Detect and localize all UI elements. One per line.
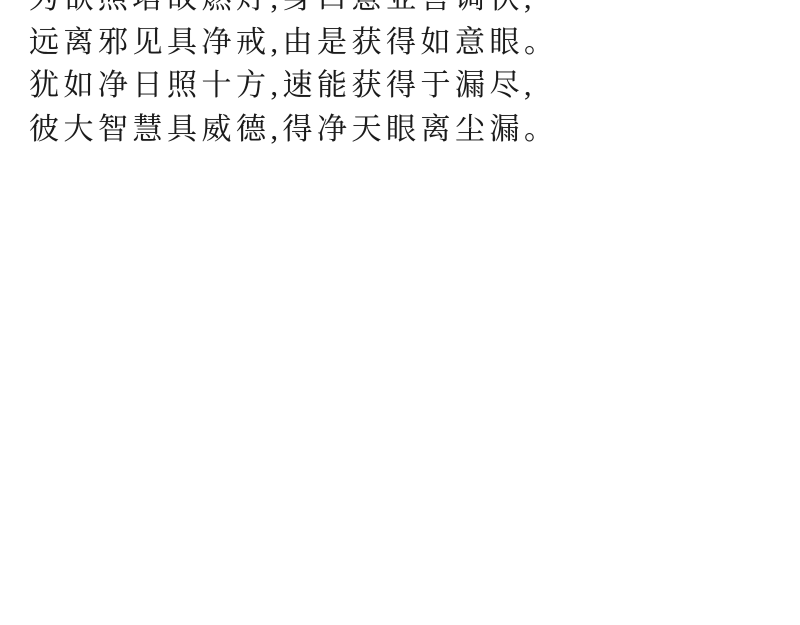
verse-text-block: 为欲照塔故燃灯,身口意业善调伏, 远离邪见具净戒,由是获得如意眼。 犹如净日照十… [29, 0, 559, 151]
verse-line-3: 犹如净日照十方,速能获得于漏尽, [29, 64, 559, 108]
verse-line-2: 远离邪见具净戒,由是获得如意眼。 [29, 21, 559, 65]
verse-line-4: 彼大智慧具威德,得净天眼离尘漏。 [29, 108, 559, 152]
verse-line-1-clipped: 为欲照塔故燃灯,身口意业善调伏, [29, 0, 559, 21]
document-page: 为欲照塔故燃灯,身口意业善调伏, 远离邪见具净戒,由是获得如意眼。 犹如净日照十… [0, 0, 800, 625]
